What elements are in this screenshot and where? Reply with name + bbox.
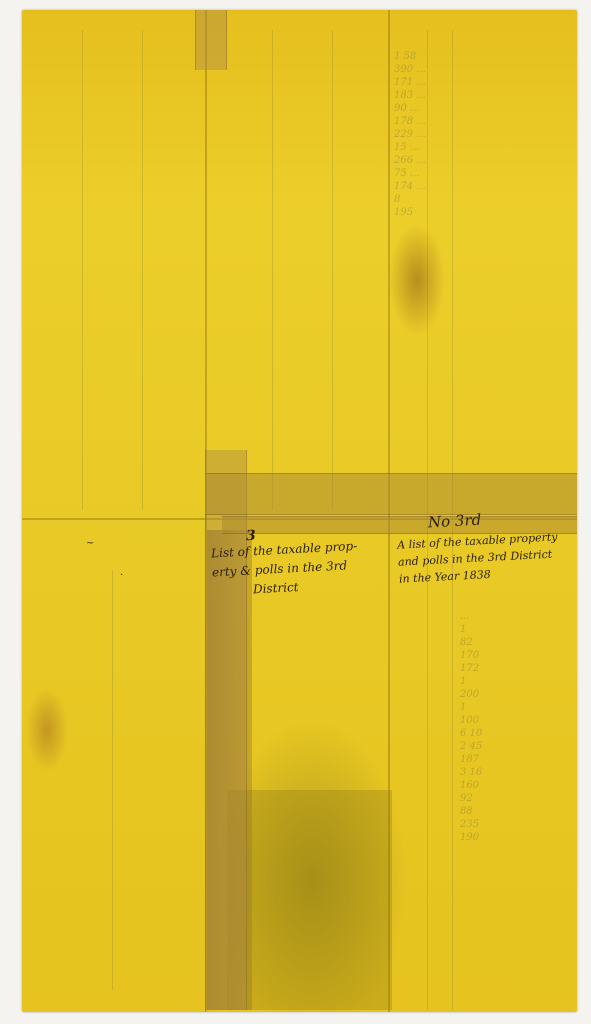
stain-area: [227, 790, 392, 1010]
right-panel-number: No 3rd: [428, 511, 482, 532]
faint-ledger-lower-right: ... 1 82 170 172 1 200 1 100 6 10 2 45 1…: [460, 610, 482, 844]
ledger-rule: [272, 30, 273, 510]
ink-mark: ·: [120, 570, 123, 581]
tape-top: [195, 10, 227, 70]
ledger-rule: [112, 570, 113, 990]
ledger-rule: [82, 30, 83, 510]
tape-vertical: [205, 450, 247, 1010]
right-panel-heading: A list of the taxable property and polls…: [397, 527, 579, 587]
ledger-rule: [332, 30, 333, 510]
middle-panel-heading: List of the taxable prop- erty & polls i…: [211, 536, 384, 602]
ink-mark: ~: [86, 538, 94, 549]
faint-ledger-upper-right: 1 58 390 ... 171 ... 183 ... 90 ... 178 …: [394, 50, 426, 219]
document-sheet: 1 58 390 ... 171 ... 183 ... 90 ... 178 …: [22, 10, 577, 1012]
ledger-rule: [142, 30, 143, 510]
tape-horizontal: [205, 473, 577, 515]
